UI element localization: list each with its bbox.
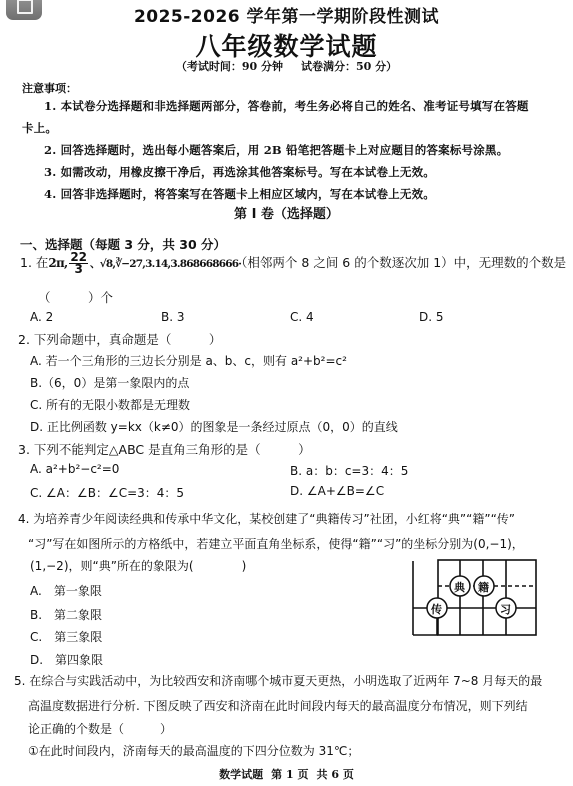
q1-fraction: 223 [69, 252, 88, 275]
q1-expression: 、√8,∛−27,3.14,3.868668666· [90, 258, 241, 270]
question-1: 1. 在2π,223、√8,∛−27,3.14,3.868668666·（相邻两… [20, 252, 566, 275]
q4-option-d[interactable]: D. 第四象限 [30, 651, 103, 668]
q4-option-a[interactable]: A. 第一象限 [30, 582, 102, 599]
label-xi: 习 [500, 601, 511, 617]
q3-option-d[interactable]: D. ∠A+∠B=∠C [290, 484, 384, 498]
page-footer: 数学试题第 1 页共 6 页 [0, 766, 573, 782]
q2-option-d[interactable]: D. 正比例函数 y=kx（k≠0）的图象是一条经过原点（0，0）的直线 [30, 418, 398, 435]
notes-heading: 注意事项： [22, 80, 77, 96]
exam-info: （考试时间：90 分钟试卷满分：50 分） [0, 58, 573, 74]
q4-option-c[interactable]: C. 第三象限 [30, 628, 102, 645]
question-4-line1: 4. 为培养青少年阅读经典和传承中华文化，某校创建了“典籍传习”社团，小红将“典… [18, 510, 515, 527]
note-1: 1. 本试卷分选择题和非选择题两部分，答卷前，考生务必将自己的姓名、准考证号填写… [44, 98, 529, 114]
question-5-line2: 高温度数据进行分析. 下图反映了西安和济南在此时间段内每天的最高温度分布情况，则… [28, 697, 528, 714]
q4-grid-figure: 典 籍 传 习 [408, 555, 548, 640]
question-5-line3: 论正确的个数是（ ） [28, 720, 172, 737]
footer-total: 共 6 页 [317, 768, 354, 781]
question-3: 3. 下列不能判定△ABC 是直角三角形的是（ ） [18, 440, 311, 458]
q2-option-b[interactable]: B.（6，0）是第一象限内的点 [30, 374, 189, 391]
q1-2pi: 2π, [48, 256, 67, 270]
question-4-line2: “习”写在如图所示的方格纸中，若建立平面直角坐标系，使得“籍”“习”的坐标分别为… [28, 535, 524, 552]
q2-option-c[interactable]: C. 所有的无限小数都是无理数 [30, 396, 190, 413]
label-chuan: 传 [431, 601, 442, 617]
q4-option-b[interactable]: B. 第二象限 [30, 606, 102, 623]
question-5-line1: 5. 在综合与实践活动中，为比较西安和济南哪个城市夏天更热，小明选取了近两年 7… [14, 672, 542, 689]
section-title: 第 Ⅰ 卷（选择题） [0, 203, 573, 222]
note-3: 3. 如需改动，用橡皮擦干净后，再选涂其他答案标号。写在本试卷上无效。 [44, 164, 435, 180]
question-2: 2. 下列命题中，真命题是（ ） [18, 330, 221, 348]
full-score: 试卷满分：50 分） [301, 60, 397, 73]
note-1-cont: 卡上。 [22, 120, 57, 136]
exam-time: （考试时间：90 分钟 [176, 60, 283, 73]
q1-prefix: 1. 在 [20, 255, 48, 270]
q1-option-b[interactable]: B. 3 [161, 310, 185, 324]
question-4-line3: (1,−2)，则“典”所在的象限为( ) [30, 557, 246, 574]
q1-option-a[interactable]: A. 2 [30, 310, 53, 324]
q1-text: （相邻两个 8 之间 6 的个数逐次加 1）中，无理数的个数是 [241, 255, 566, 270]
note-4: 4. 回答非选择题时，将答案写在答题卡上相应区域内，写在本试卷上无效。 [44, 186, 435, 202]
q1-option-d[interactable]: D. 5 [419, 310, 444, 324]
q5-statement-1: ①在此时间段内，济南每天的最高温度的下四分位数为 31℃； [28, 742, 359, 759]
label-ji: 籍 [478, 579, 489, 595]
q1-blank: （ ）个 [38, 288, 113, 306]
footer-page: 第 1 页 [271, 768, 308, 781]
q3-option-b[interactable]: B. a：b：c=3：4：5 [290, 462, 408, 479]
q1-option-c[interactable]: C. 4 [290, 310, 314, 324]
q3-option-c[interactable]: C. ∠A：∠B：∠C=3：4：5 [30, 484, 184, 501]
part-title: 一、选择题（每题 3 分，共 30 分） [20, 235, 226, 253]
q2-option-a[interactable]: A. 若一个三角形的三边长分别是 a、b、c，则有 a²+b²=c² [30, 352, 347, 369]
exam-title-line1: 2025-2026 学年第一学期阶段性测试 [0, 2, 573, 27]
q3-option-a[interactable]: A. a²+b²−c²=0 [30, 462, 119, 476]
label-dian: 典 [454, 579, 465, 595]
footer-subject: 数学试题 [219, 768, 263, 781]
note-2: 2. 回答选择题时，选出每小题答案后，用 2B 铅笔把答题卡上对应题目的答案标号… [44, 142, 508, 158]
